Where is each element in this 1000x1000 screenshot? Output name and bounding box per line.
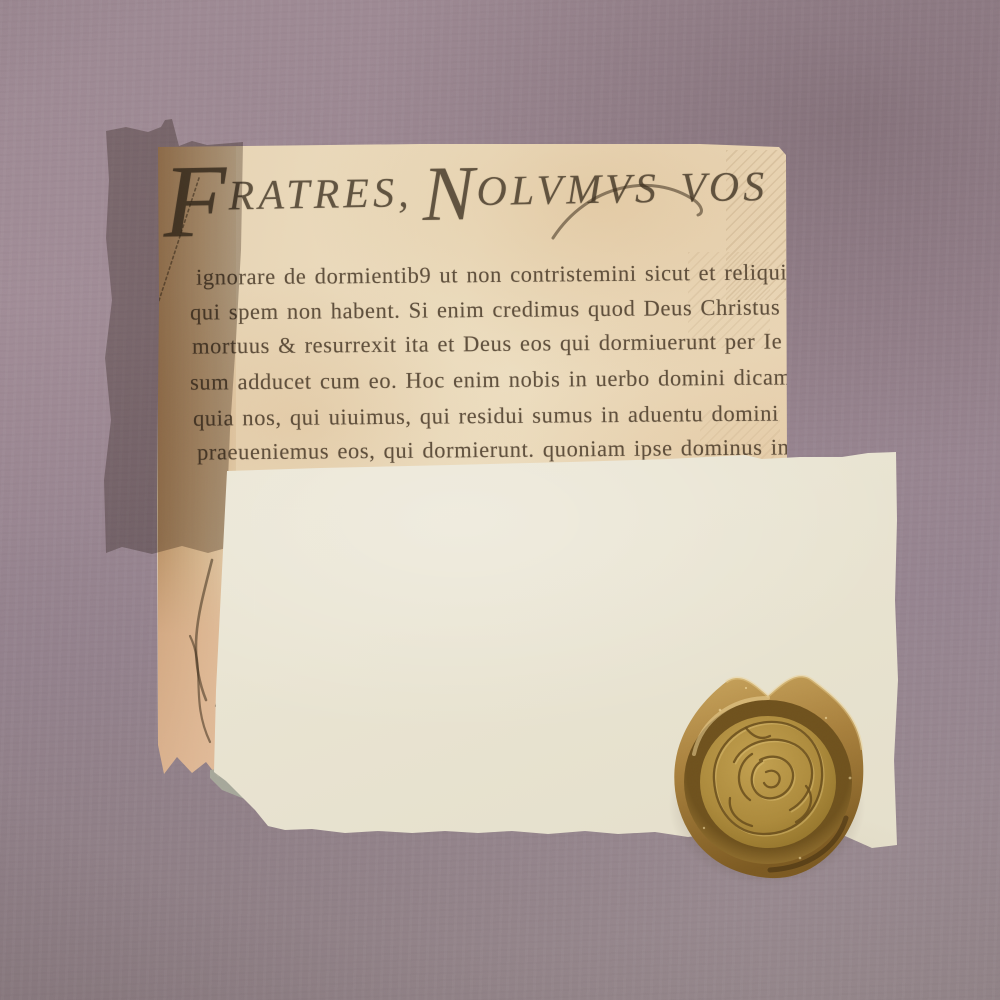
manuscript-line: sum adducet cum eo. Hoc enim nobis in ue… [190,364,804,395]
rose-wax-seal [650,658,886,898]
collage-scene: FRATRES,NOLVMVS VOS ignorare de dormient… [0,0,1000,1000]
heading-text: OLVMVS VOS [476,164,768,215]
swash-initial-n: N [422,149,476,237]
heading-text: RATRES, [228,170,413,219]
manuscript-heading: FRATRES,NOLVMVS VOS [163,162,804,221]
manuscript-line: ignorare de dormientib9 ut non contriste… [196,259,787,290]
manuscript-line: qui spem non habent. Si enim credimus qu… [190,294,781,325]
manuscript-line: quia nos, qui uiuimus, qui residui sumus… [193,400,811,431]
manuscript-line: mortuus & resurrexit ita et Deus eos qui… [192,328,782,359]
